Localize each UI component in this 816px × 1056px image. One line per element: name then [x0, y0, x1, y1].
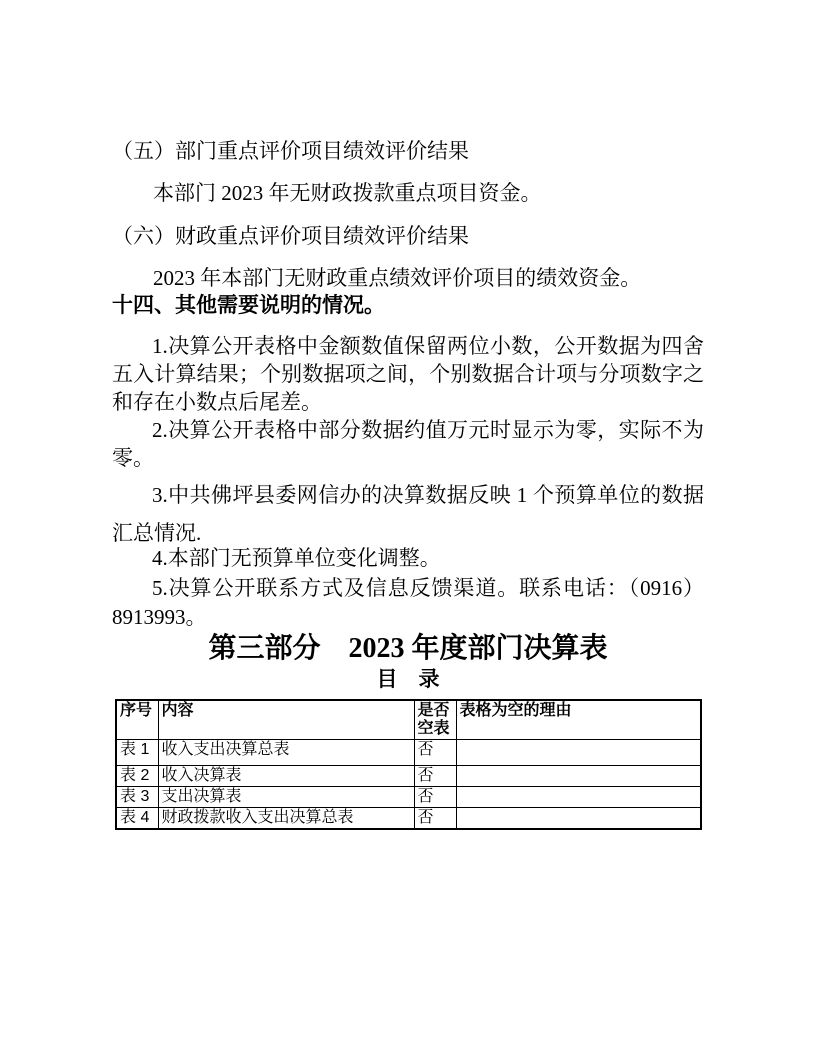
toc-heading: 目 录	[112, 666, 704, 692]
toc-row-1: 表 1 收入支出决算总表 否	[116, 740, 701, 766]
toc-cell-isempty: 否	[414, 766, 456, 787]
para-section6-text: 2023 年本部门无财政重点绩效评价项目的绩效资金。	[112, 264, 704, 292]
toc-cell-isempty: 否	[414, 740, 456, 766]
toc-cell-no: 表 3	[116, 787, 158, 808]
document-page: （五）部门重点评价项目绩效评价结果 本部门 2023 年无财政拨款重点项目资金。…	[0, 0, 816, 1056]
note-item-3: 3.中共佛坪县委网信办的决算数据反映 1 个预算单位的数据汇总情况.	[112, 476, 704, 552]
para-section14-heading: 十四、其他需要说明的情况。	[112, 292, 704, 320]
toc-cell-no: 表 1	[116, 740, 158, 766]
toc-row-4: 表 4 财政拨款收入支出决算总表 否	[116, 808, 701, 830]
toc-row-3: 表 3 支出决算表 否	[116, 787, 701, 808]
toc-cell-isempty: 否	[414, 808, 456, 830]
toc-cell-content: 财政拨款收入支出决算总表	[158, 808, 414, 830]
toc-header-isempty: 是否空表	[414, 700, 456, 740]
toc-header-reason: 表格为空的理由	[456, 700, 701, 740]
toc-cell-reason	[456, 766, 701, 787]
toc-table: 序号 内容 是否空表 表格为空的理由 表 1 收入支出决算总表 否 表 2 收入…	[115, 699, 702, 830]
para-section6-heading: （六）财政重点评价项目绩效评价结果	[112, 222, 704, 250]
note-item-2: 2.决算公开表格中部分数据约值万元时显示为零，实际不为零。	[112, 416, 704, 472]
toc-cell-content: 支出决算表	[158, 787, 414, 808]
toc-header-content: 内容	[158, 700, 414, 740]
toc-cell-content: 收入支出决算总表	[158, 740, 414, 766]
toc-row-2: 表 2 收入决算表 否	[116, 766, 701, 787]
toc-cell-content: 收入决算表	[158, 766, 414, 787]
toc-cell-isempty: 否	[414, 787, 456, 808]
note-item-1: 1.决算公开表格中金额数值保留两位小数，公开数据为四舍五入计算结果；个别数据项之…	[112, 332, 704, 416]
toc-header-no: 序号	[116, 700, 158, 740]
toc-cell-reason	[456, 740, 701, 766]
note-item-4: 4.本部门无预算单位变化调整。	[112, 544, 704, 572]
toc-cell-reason	[456, 787, 701, 808]
para-section5-heading: （五）部门重点评价项目绩效评价结果	[112, 137, 704, 165]
toc-cell-no: 表 4	[116, 808, 158, 830]
para-section5-text: 本部门 2023 年无财政拨款重点项目资金。	[112, 179, 704, 207]
toc-cell-no: 表 2	[116, 766, 158, 787]
toc-header-row: 序号 内容 是否空表 表格为空的理由	[116, 700, 701, 740]
note-item-5: 5.决算公开联系方式及信息反馈渠道。联系电话：（0916）8913993。	[112, 574, 704, 632]
toc-cell-reason	[456, 808, 701, 830]
part3-title: 第三部分 2023 年度部门决算表	[112, 632, 704, 666]
